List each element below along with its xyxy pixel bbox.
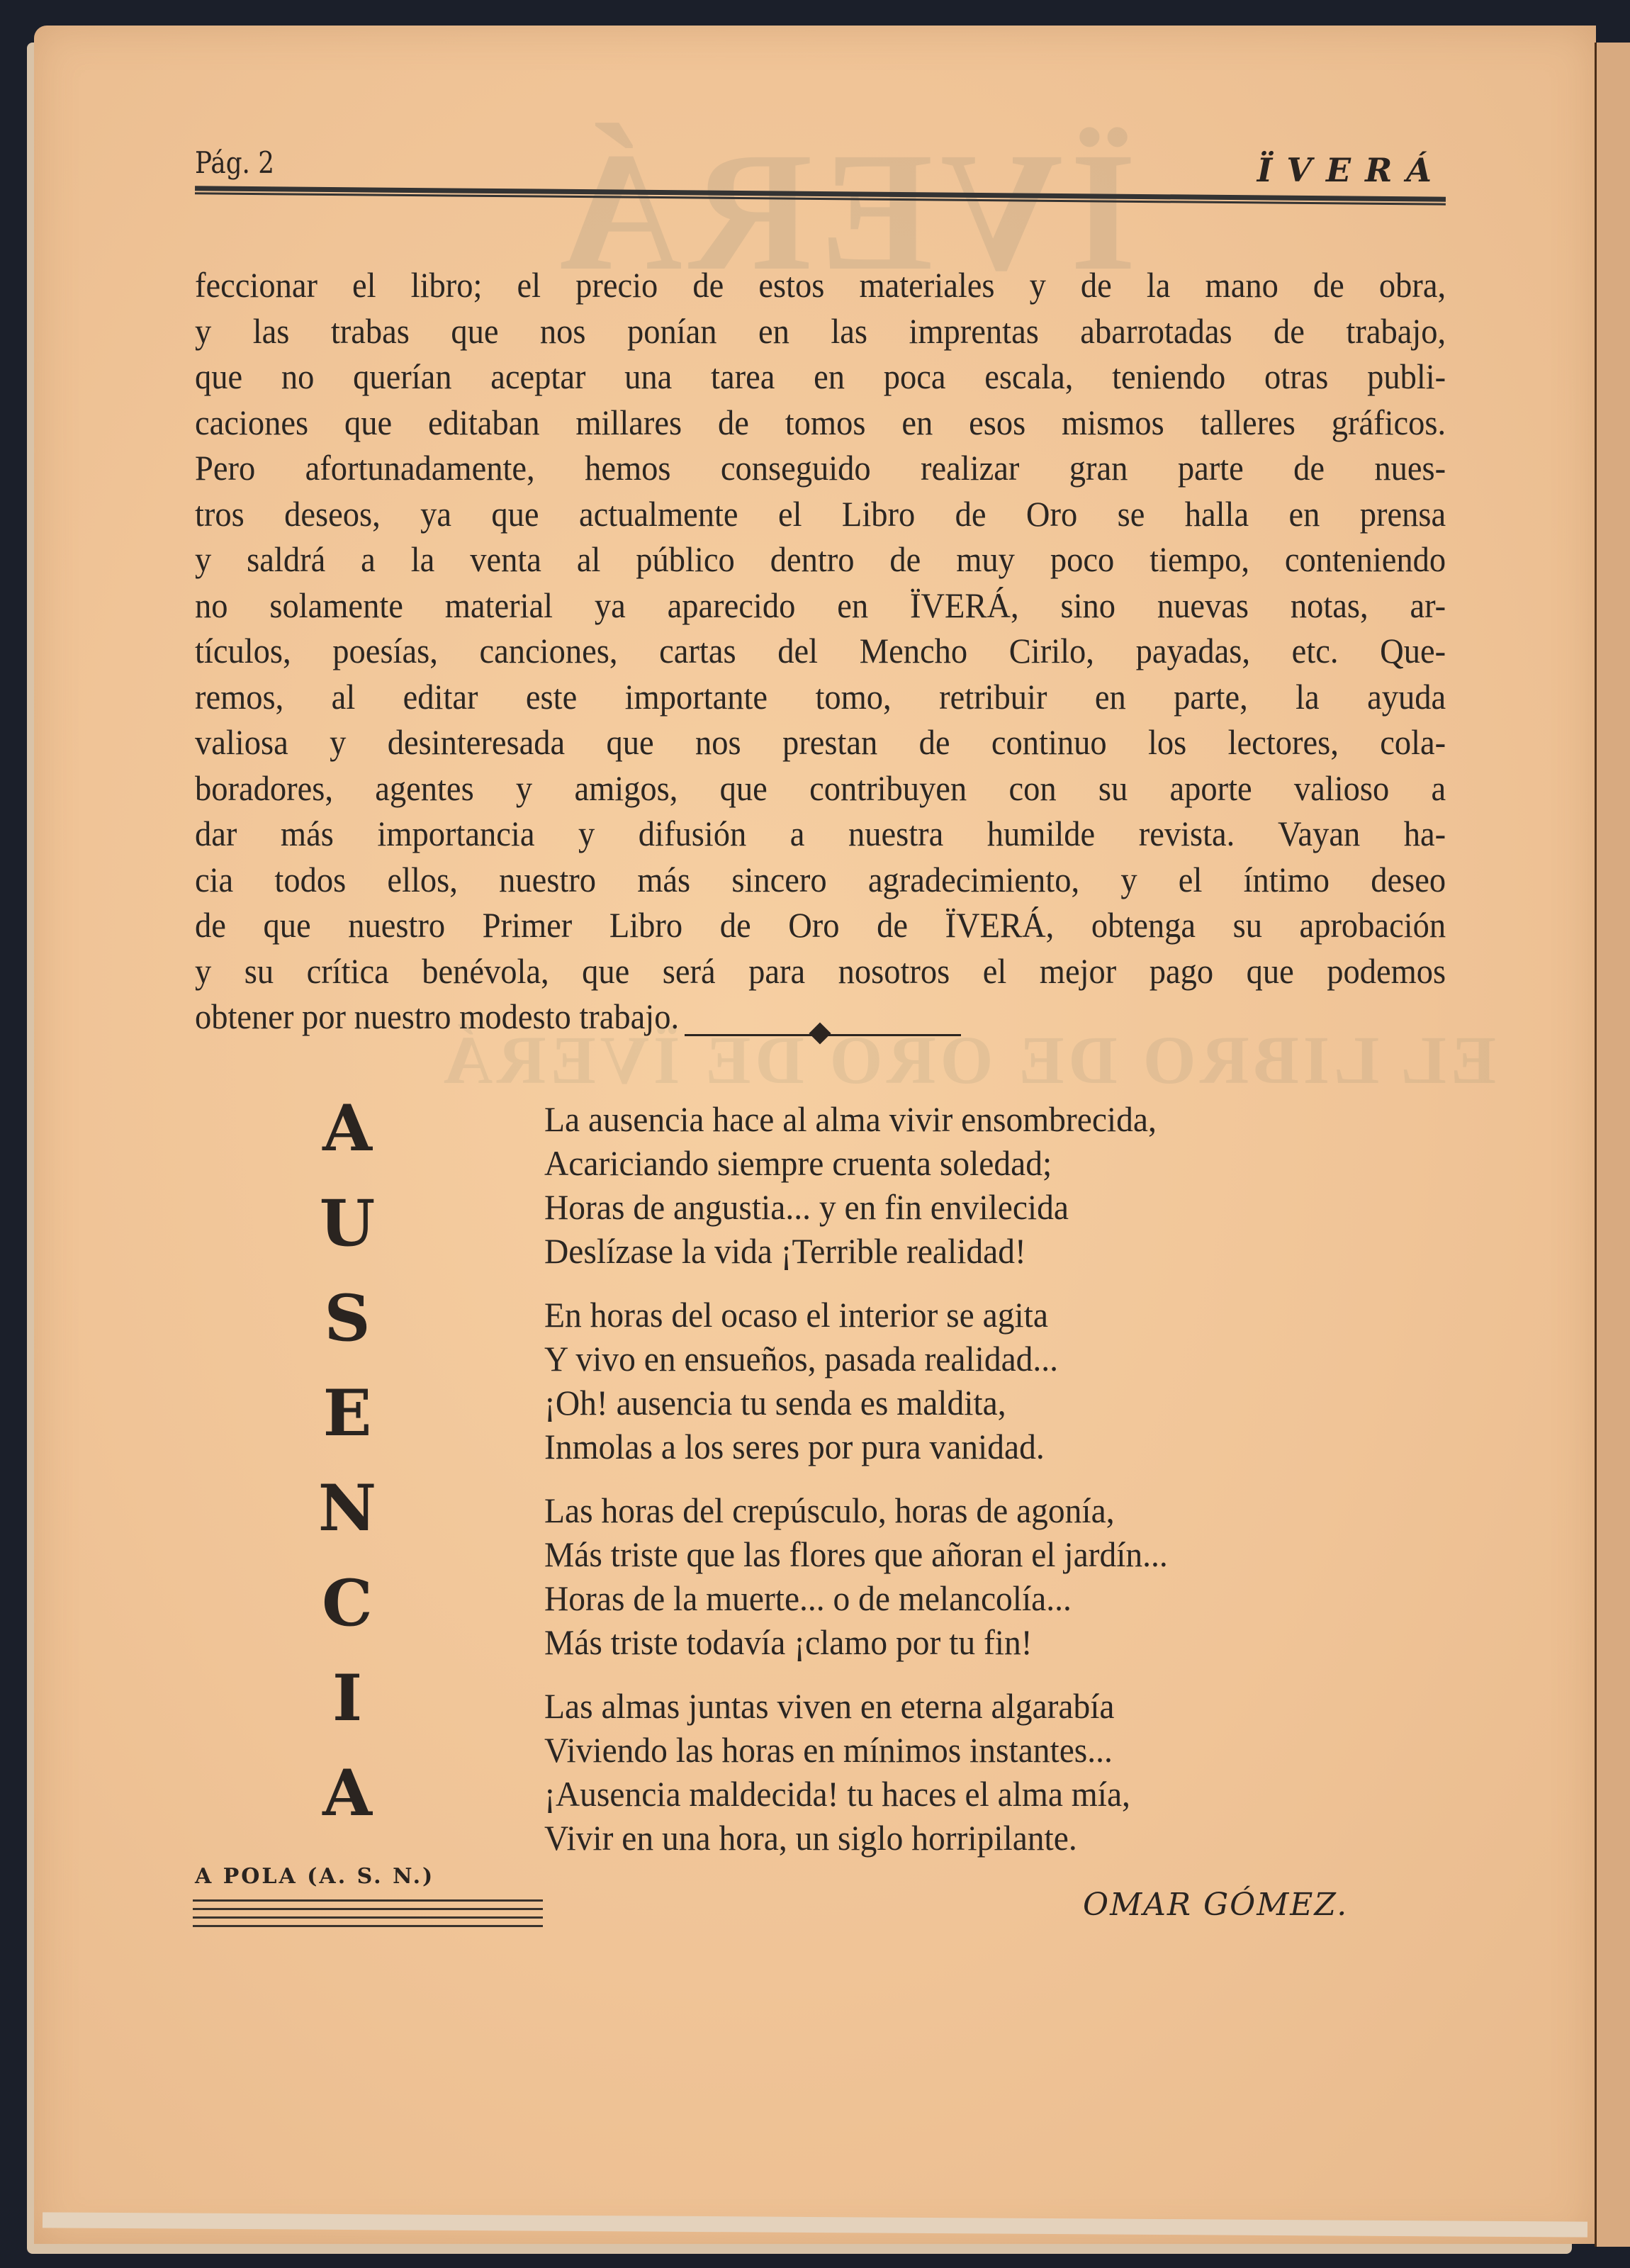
prose-line: tros deseos, ya que actualmente el Libro… [195, 491, 1446, 537]
prose-line: dar más importancia y difusión a nuestra… [195, 811, 1446, 857]
verse: ¡Ausencia maldecida! tu haces el alma mí… [544, 1772, 1406, 1816]
article-continuation: feccionar el libro; el precio de estos m… [195, 262, 1446, 1040]
prose-line: de que nuestro Primer Libro de Oro de ÏV… [195, 902, 1446, 948]
title-letter: U [305, 1176, 390, 1271]
verse: Las horas del crepúsculo, horas de agoní… [544, 1488, 1406, 1532]
title-letter: E [305, 1366, 390, 1461]
prose-line: remos, al editar este importante tomo, r… [195, 674, 1446, 720]
verse: Viviendo las horas en mínimos instantes.… [544, 1728, 1406, 1772]
poem-body: La ausencia hace al alma vivir ensombrec… [544, 1097, 1451, 1880]
verse: Deslízase la vida ¡Terrible realidad! [544, 1229, 1406, 1273]
divider-rule-left [685, 1034, 812, 1036]
closing-rules [193, 1899, 543, 1933]
verse: Horas de angustia... y en fin envilecida [544, 1185, 1406, 1229]
poem-dedication: A POLA (A. S. N.) [195, 1864, 434, 1889]
poem-title-vertical: A U S E N C I A [305, 1081, 390, 1841]
title-letter: I [305, 1651, 390, 1746]
stanza: Las almas juntas viven en eterna algarab… [544, 1684, 1451, 1860]
verse: Y vivo en ensueños, pasada realidad... [544, 1337, 1406, 1381]
title-letter: A [305, 1081, 390, 1176]
closing-rule [193, 1925, 543, 1927]
title-letter: S [305, 1271, 390, 1366]
prose-line: caciones que editaban millares de tomos … [195, 400, 1446, 446]
closing-rule [193, 1899, 543, 1902]
verse: Inmolas a los seres por pura vanidad. [544, 1425, 1406, 1469]
adjacent-page-edge [1597, 43, 1630, 2247]
prose-line: no solamente material ya aparecido en ÏV… [195, 583, 1446, 629]
closing-rule [193, 1908, 543, 1910]
verse: La ausencia hace al alma vivir ensombrec… [544, 1097, 1406, 1141]
verse: Vivir en una hora, un siglo horripilante… [544, 1816, 1406, 1860]
title-letter: C [305, 1556, 390, 1651]
diamond-ornament-icon [809, 1022, 831, 1044]
verse: Las almas juntas viven en eterna algarab… [544, 1684, 1406, 1728]
stanza: La ausencia hace al alma vivir ensombrec… [544, 1097, 1451, 1273]
prose-line: valiosa y desinteresada que nos prestan … [195, 719, 1446, 765]
verse: Acariciando siempre cruenta soledad; [544, 1141, 1406, 1185]
prose-line: cia todos ellos, nuestro más sincero agr… [195, 857, 1446, 903]
verse: Horas de la muerte... o de melancolía... [544, 1576, 1406, 1620]
prose-line: y las trabas que nos ponían en las impre… [195, 308, 1446, 354]
poem-author: OMAR GÓMEZ. [1083, 1887, 1348, 1923]
verse: Más triste que las flores que añoran el … [544, 1532, 1406, 1576]
stanza: En horas del ocaso el interior se agita … [544, 1293, 1451, 1469]
verse: En horas del ocaso el interior se agita [544, 1293, 1406, 1337]
magazine-title: ÏVERÁ [1257, 151, 1446, 189]
prose-line: boradores, agentes y amigos, que contrib… [195, 765, 1446, 812]
page-spine [1595, 43, 1597, 2247]
stanza: Las horas del crepúsculo, horas de agoní… [544, 1488, 1451, 1664]
prose-line: y su crítica benévola, que será para nos… [195, 948, 1446, 994]
page-number: Pág. 2 [195, 145, 274, 180]
title-letter: A [305, 1746, 390, 1841]
section-divider [685, 1024, 961, 1045]
divider-rule-right [828, 1034, 961, 1036]
verse: Más triste todavía ¡clamo por tu fin! [544, 1620, 1406, 1664]
title-letter: N [305, 1461, 390, 1556]
prose-line: tículos, poesías, canciones, cartas del … [195, 628, 1446, 674]
prose-line: que no querían aceptar una tarea en poca… [195, 354, 1446, 400]
prose-line: feccionar el libro; el precio de estos m… [195, 262, 1446, 308]
closing-rule [193, 1916, 543, 1919]
verse: ¡Oh! ausencia tu senda es maldita, [544, 1381, 1406, 1425]
prose-line: y saldrá a la venta al público dentro de… [195, 537, 1446, 583]
prose-line: Pero afortunadamente, hemos conseguido r… [195, 445, 1446, 491]
